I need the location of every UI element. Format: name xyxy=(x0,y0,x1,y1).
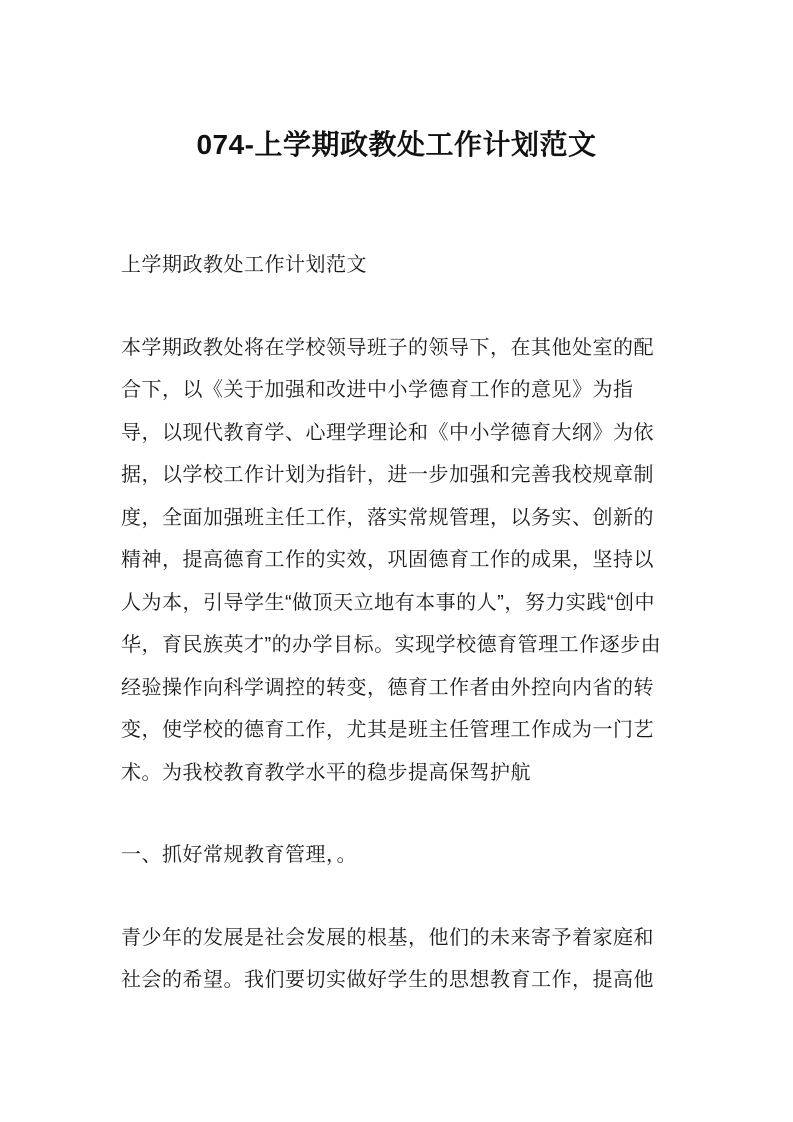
paragraph-subtitle: 上学期政教处工作计划范文 xyxy=(121,244,672,287)
paragraph-section-heading: 一、抓好常规教育管理，。 xyxy=(121,834,672,877)
document-page: 074-上学期政教处工作计划范文 上学期政教处工作计划范文 本学期政教处将在学校… xyxy=(0,0,793,1122)
document-title: 074-上学期政教处工作计划范文 xyxy=(121,124,672,166)
paragraph-body: 青少年的发展是社会发展的根基，他们的未来寄予着家庭和社会的希望。我们要切实做好学… xyxy=(121,917,672,1002)
paragraph-intro: 本学期政教处将在学校领导班子的领导下，在其他处室的配合下，以《关于加强和改进中小… xyxy=(121,327,672,795)
